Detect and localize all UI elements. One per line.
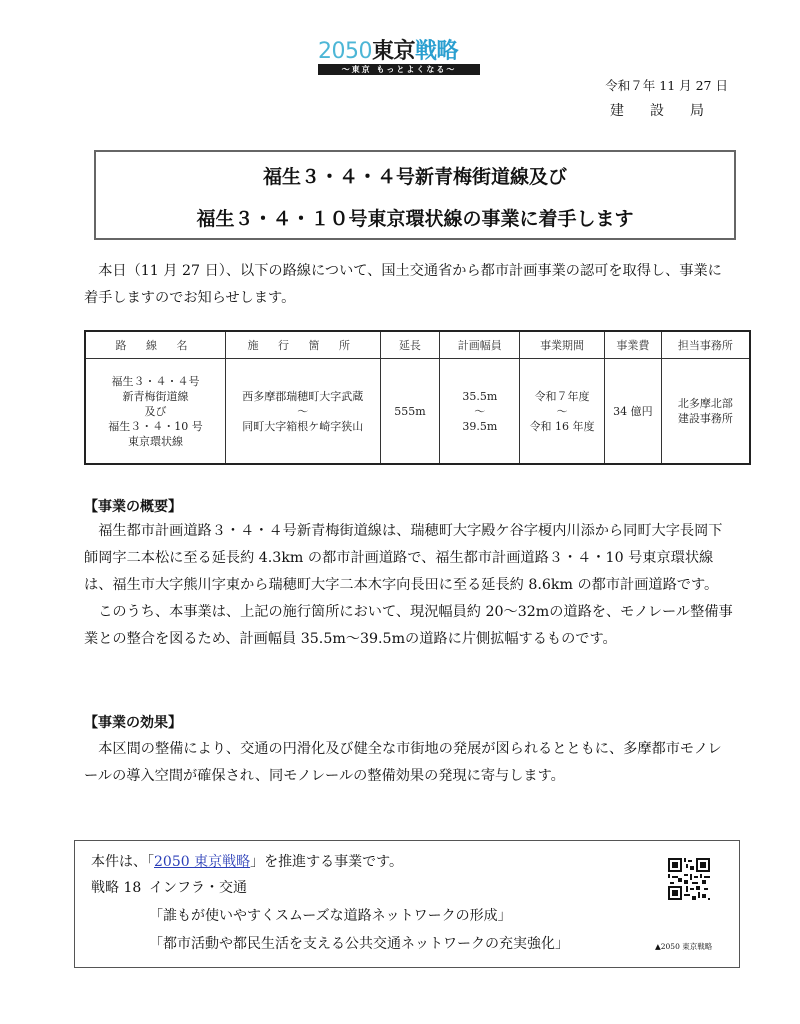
overview-section: 福生都市計画道路３・４・４号新青梅街道線は、瑞穂町大字殿ケ谷字榎内川添から同町大… [84,518,734,653]
overview-paragraph-2: このうち、本事業は、上記の施行箇所において、現況幅員約 20～32mの道路を、モ… [84,599,734,653]
strategy-item-1: 「誰もが使いやすくスムーズな道路ネットワークの形成」 [149,905,512,925]
strategy-name: インフラ・交通 [149,880,247,896]
table-row: 福生３・４・４号 新青梅街道線 及び 福生３・４・10 号 東京環状線 西多摩郡… [85,359,750,465]
effect-heading: 【事業の効果】 [84,712,182,732]
qr-caption: ▲2050 東京戦略 [655,941,712,952]
effect-paragraph: 本区間の整備により、交通の円滑化及び健全な市街地の発展が図られるとともに、多摩都… [84,736,734,790]
tokyo-strategy-logo: 2050東京戦略 ～東京 もっとよくなる～ [318,40,480,75]
title-line-1: 福生３・４・４号新青梅街道線及び [96,162,734,189]
strategy-box: 本件は、「2050 東京戦略」を推進する事業です。 戦略 18インフラ・交通 「… [74,840,740,968]
overview-paragraph-1: 福生都市計画道路３・４・４号新青梅街道線は、瑞穂町大字殿ケ谷字榎内川添から同町大… [84,518,734,599]
qr-code-icon[interactable] [668,858,710,900]
col-period: 事業期間 [520,331,605,359]
cell-route-name: 福生３・４・４号 新青梅街道線 及び 福生３・４・10 号 東京環状線 [85,359,226,465]
logo-wordmark: 2050東京戦略 [318,40,480,64]
overview-heading: 【事業の概要】 [84,496,182,516]
issuing-bureau: 建設局 [610,100,730,120]
col-location: 施 行 箇 所 [226,331,380,359]
intro-paragraph: 本日（11 月 27 日）、以下の路線について、国土交通省から都市計画事業の認可… [84,258,734,312]
strategy-intro: 本件は、「2050 東京戦略」を推進する事業です。 [91,851,403,871]
col-planned-width: 計画幅員 [440,331,520,359]
logo-tagline: ～東京 もっとよくなる～ [318,64,480,75]
col-route-name: 路 線 名 [85,331,226,359]
title-line-2: 福生３・４・１０号東京環状線の事業に着手します [96,204,734,231]
project-table: 路 線 名 施 行 箇 所 延長 計画幅員 事業期間 事業費 担当事務所 福生３… [84,330,751,465]
strategy-number: 戦略 18 [91,877,149,897]
cell-period: 令和７年度 ～ 令和 16 年度 [520,359,605,465]
release-date: 令和７年 11 月 27 日 [605,76,728,94]
table-header-row: 路 線 名 施 行 箇 所 延長 計画幅員 事業期間 事業費 担当事務所 [85,331,750,359]
cell-location: 西多摩郡瑞穂町大字武蔵 ～ 同町大字箱根ケ崎字狭山 [226,359,380,465]
cell-length: 555m [380,359,440,465]
col-length: 延長 [380,331,440,359]
col-cost: 事業費 [604,331,661,359]
strategy-category: 戦略 18インフラ・交通 [91,877,247,897]
col-office: 担当事務所 [661,331,750,359]
cell-office: 北多摩北部 建設事務所 [661,359,750,465]
tokyo-strategy-link[interactable]: 2050 東京戦略 [154,854,250,870]
cell-planned-width: 35.5m ～ 39.5m [440,359,520,465]
strategy-item-2: 「都市活動や都民生活を支える公共交通ネットワークの充実強化」 [149,933,569,953]
cell-cost: 34 億円 [604,359,661,465]
title-box: 福生３・４・４号新青梅街道線及び 福生３・４・１０号東京環状線の事業に着手します [94,150,736,240]
